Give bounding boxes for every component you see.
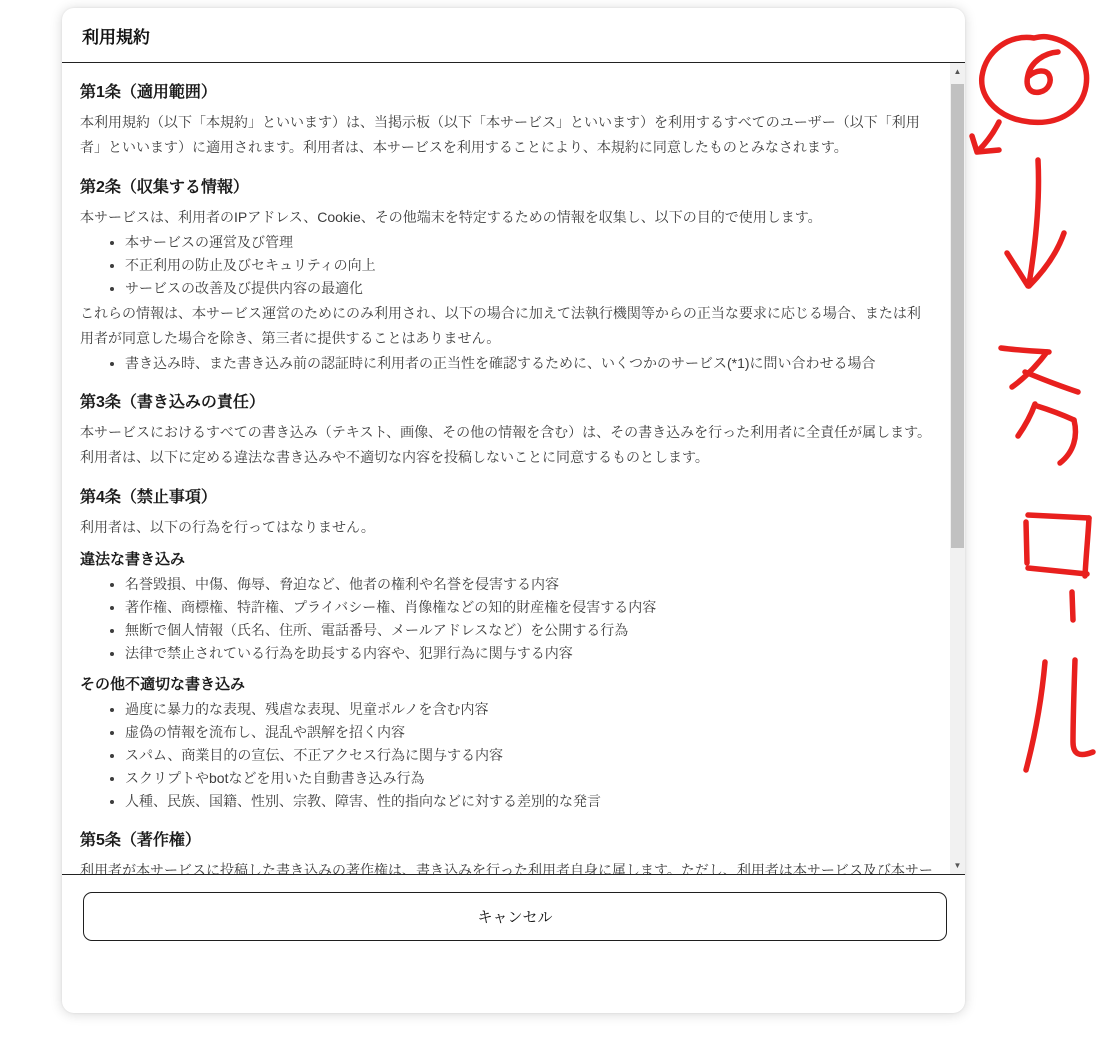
terms-block-h: 第5条（著作権） xyxy=(80,827,934,850)
terms-block-h: 第3条（書き込みの責任） xyxy=(80,389,934,412)
terms-bullet: 虚偽の情報を流布し、混乱や誤解を招く内容 xyxy=(125,721,934,744)
terms-bullet: スパム、商業目的の宣伝、不正アクセス行為に関与する内容 xyxy=(125,744,934,767)
scrollbar-up-icon[interactable]: ▲ xyxy=(950,63,965,80)
terms-block-h: 第2条（収集する情報） xyxy=(80,174,934,197)
terms-block-ul: 名誉毀損、中傷、侮辱、脅迫など、他者の権利や名誉を侵害する内容著作権、商標権、特… xyxy=(80,573,934,665)
annotation-small-arrow-shaft xyxy=(979,122,999,150)
dialog-title: 利用規約 xyxy=(82,23,150,48)
terms-bullet: サービスの改善及び提供内容の最適化 xyxy=(125,277,934,300)
terms-bullet: 過度に暴力的な表現、残虐な表現、児童ポルノを含む内容 xyxy=(125,698,934,721)
terms-bullet: スクリプトやbotなどを用いた自動書き込み行為 xyxy=(125,767,934,790)
terms-block-p: これらの情報は、本サービス運営のためにのみ利用され、以下の場合に加えて法執行機関… xyxy=(80,301,934,351)
dialog-header: 利用規約 xyxy=(62,8,965,63)
terms-bullet: 書き込み時、また書き込み前の認証時に利用者の正当性を確認するために、いくつかのサ… xyxy=(125,352,934,375)
terms-block-ul: 本サービスの運営及び管理不正利用の防止及びセキュリティの向上サービスの改善及び提… xyxy=(80,231,934,300)
annotation-down-arrow-shaft xyxy=(1029,160,1039,284)
terms-bullet: 本サービスの運営及び管理 xyxy=(125,231,934,254)
scrollbar-thumb[interactable] xyxy=(951,84,964,548)
annotation-number-6 xyxy=(1027,52,1058,92)
screen: 利用規約 第1条（適用範囲）本利用規約（以下「本規約」といいます）は、当掲示板（… xyxy=(0,0,1106,1038)
terms-block-h2: その他不適切な書き込み xyxy=(80,673,934,694)
annotation-small-arrow-head xyxy=(972,136,999,152)
terms-block-p: 本サービスは、利用者のIPアドレス、Cookie、その他端末を特定するための情報… xyxy=(80,205,934,230)
terms-block-ul: 書き込み時、また書き込み前の認証時に利用者の正当性を確認するために、いくつかのサ… xyxy=(80,352,934,375)
terms-scroll-area[interactable]: 第1条（適用範囲）本利用規約（以下「本規約」といいます）は、当掲示板（以下「本サ… xyxy=(62,63,965,875)
annotation-down-arrow-head-right xyxy=(1029,233,1064,286)
annotation-circle xyxy=(982,37,1087,123)
cancel-button[interactable]: キャンセル xyxy=(83,892,947,941)
terms-block-p: 利用者は、以下の行為を行ってはなりません。 xyxy=(80,515,934,540)
terms-block-ul: 過度に暴力的な表現、残虐な表現、児童ポルノを含む内容虚偽の情報を流布し、混乱や誤… xyxy=(80,698,934,813)
terms-block-p: 本利用規約（以下「本規約」といいます）は、当掲示板（以下「本サービス」といいます… xyxy=(80,110,934,160)
terms-bullet: 法律で禁止されている行為を助長する内容や、犯罪行為に関与する内容 xyxy=(125,642,934,665)
terms-block-h2: 違法な書き込み xyxy=(80,548,934,569)
terms-block-h: 第4条（禁止事項） xyxy=(80,484,934,507)
annotation-text-scroll xyxy=(1001,348,1093,770)
scrollbar-down-icon[interactable]: ▼ xyxy=(950,857,965,874)
terms-bullet: 著作権、商標権、特許権、プライバシー権、肖像権などの知的財産権を侵害する内容 xyxy=(125,596,934,619)
terms-block-h: 第1条（適用範囲） xyxy=(80,79,934,102)
scrollbar-track[interactable]: ▲ ▼ xyxy=(950,63,965,874)
terms-bullet: 人種、民族、国籍、性別、宗教、障害、性的指向などに対する差別的な発言 xyxy=(125,790,934,813)
terms-body: 第1条（適用範囲）本利用規約（以下「本規約」といいます）は、当掲示板（以下「本サ… xyxy=(62,63,950,874)
terms-bullet: 不正利用の防止及びセキュリティの向上 xyxy=(125,254,934,277)
terms-dialog: 利用規約 第1条（適用範囲）本利用規約（以下「本規約」といいます）は、当掲示板（… xyxy=(62,8,965,1013)
terms-bullet: 名誉毀損、中傷、侮辱、脅迫など、他者の権利や名誉を侵害する内容 xyxy=(125,573,934,596)
handwritten-annotation xyxy=(958,0,1106,800)
terms-block-p: 本サービスにおけるすべての書き込み（テキスト、画像、その他の情報を含む）は、その… xyxy=(80,420,934,470)
dialog-footer: キャンセル xyxy=(83,892,947,941)
terms-block-p: 利用者が本サービスに投稿した書き込みの著作権は、書き込みを行った利用者自身に属し… xyxy=(80,858,934,874)
annotation-down-arrow-head-left xyxy=(1007,253,1028,286)
terms-bullet: 無断で個人情報（氏名、住所、電話番号、メールアドレスなど）を公開する行為 xyxy=(125,619,934,642)
